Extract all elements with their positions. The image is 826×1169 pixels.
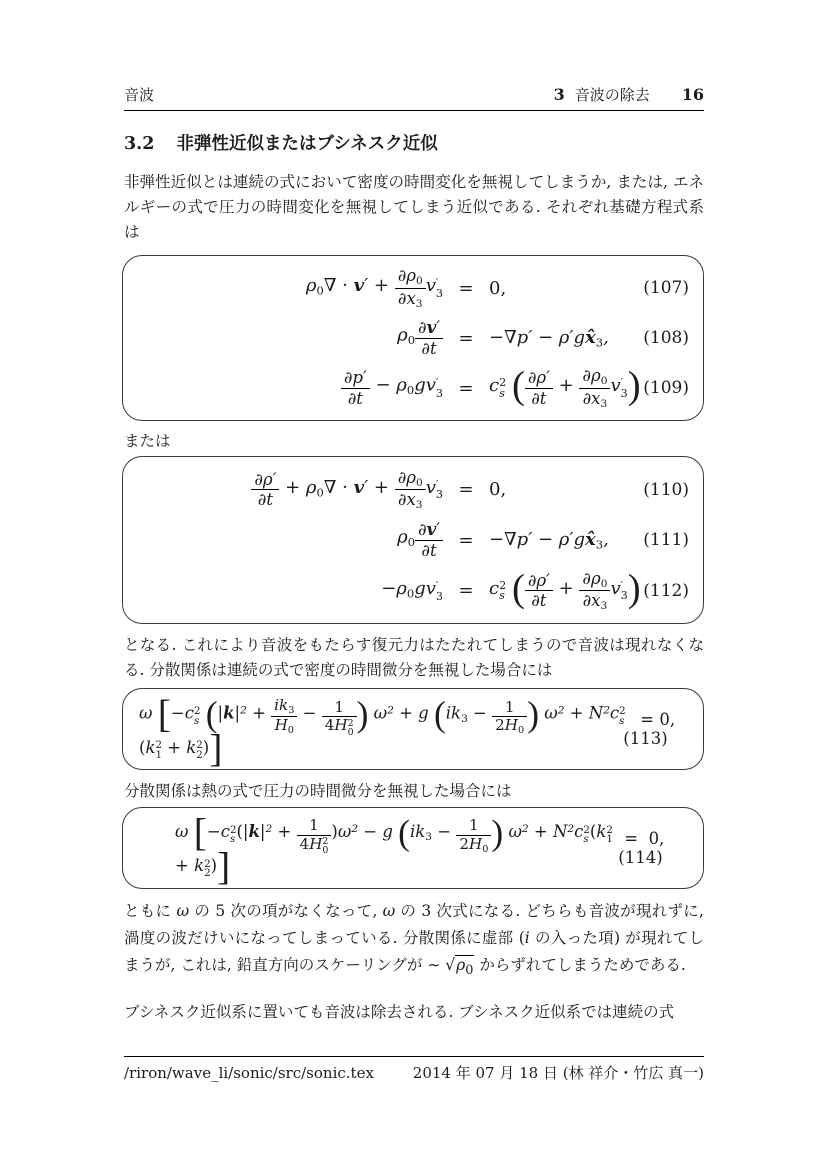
equation-row-111: ρ0∂v′∂t = −∇p′ − ρ′gx̂3, (111) bbox=[123, 516, 703, 564]
equation-row-110: ∂ρ′∂t + ρ0∇ · v′ + ∂ρ0∂x3v′3 = 0, (110) bbox=[123, 466, 703, 514]
equation-row-107: ρ0∇ · v′ + ∂ρ0∂x3v′3 = 0, (107) bbox=[123, 264, 703, 312]
equation-number: (112) bbox=[643, 581, 689, 601]
header-running-title: 音波 bbox=[124, 84, 154, 105]
equation-box-anelastic: ρ0∇ · v′ + ∂ρ0∂x3v′3 = 0, (107) ρ0∂v′∂t … bbox=[122, 255, 704, 421]
equation-lhs: ρ0∂v′∂t bbox=[123, 318, 443, 357]
header-right-group: 3 音波の除去 16 bbox=[554, 84, 704, 105]
section-heading: 3.2 非弾性近似またはブシネスク近似 bbox=[124, 130, 438, 155]
paragraph-or: または bbox=[124, 429, 704, 454]
paragraph-omega-discussion: ともに ω の 5 次の項がなくなって, ω の 3 次式になる. どちらも音波… bbox=[124, 898, 704, 984]
equation-body: ω [−c2s(|k|2 + 14H20)ω2 − g (ik3 − 12H0)… bbox=[175, 817, 624, 879]
equals-sign: = bbox=[443, 479, 489, 500]
equation-rhs: −∇p′ − ρ′gx̂3, bbox=[489, 327, 641, 349]
equation-row-108: ρ0∂v′∂t = −∇p′ − ρ′gx̂3, (108) bbox=[123, 314, 703, 362]
equation-box-dispersion-113: ω [−c2s (|k|2 + ik3H0 − 14H20) ω2 + g (i… bbox=[122, 688, 704, 770]
footer-file-path: /riron/wave_li/sonic/src/sonic.tex bbox=[124, 1064, 374, 1082]
header-section-title: 音波の除去 bbox=[575, 84, 650, 105]
equation-lhs: ∂ρ′∂t + ρ0∇ · v′ + ∂ρ0∂x3v′3 bbox=[123, 468, 443, 512]
equation-number: (109) bbox=[643, 378, 689, 398]
equation-lhs: ρ0∇ · v′ + ∂ρ0∂x3v′3 bbox=[123, 266, 443, 310]
equation-number: (110) bbox=[643, 480, 689, 500]
paragraph-boussinesq: ブシネスク近似系に置いても音波は除去される. ブシネスク近似系では連続の式 bbox=[124, 1000, 704, 1025]
equation-row-109: ∂p′∂t − ρ0gv′3 = c2s (∂ρ′∂t + ∂ρ0∂x3v′3)… bbox=[123, 364, 703, 412]
section-title: 非弾性近似またはブシネスク近似 bbox=[176, 130, 437, 155]
equals-sign: = bbox=[443, 530, 489, 551]
paragraph-intro: 非弾性近似とは連続の式において密度の時間変化を無視してしまうか, または, エネ… bbox=[124, 170, 704, 245]
document-page: 音波 3 音波の除去 16 3.2 非弾性近似またはブシネスク近似 非弾性近似と… bbox=[0, 0, 826, 1169]
paragraph-dispersion-heat: 分散関係は熱の式で圧力の時間微分を無視した場合には bbox=[124, 779, 704, 804]
section-number: 3.2 bbox=[124, 134, 154, 154]
equation-tail: = 0,(114) bbox=[624, 829, 695, 867]
equals-sign: = bbox=[443, 378, 489, 399]
equation-lhs: ρ0∂v′∂t bbox=[123, 520, 443, 559]
paragraph-dispersion-continuity: となる. これにより音波をもたらす復元力はたたれてしまうので音波は現れなくなる.… bbox=[124, 633, 704, 683]
equals-sign: = bbox=[443, 328, 489, 349]
footer-date-authors: 2014 年 07 月 18 日 (林 祥介・竹広 真一) bbox=[413, 1062, 704, 1083]
equation-rhs: c2s (∂ρ′∂t + ∂ρ0∂x3v′3) bbox=[489, 569, 641, 613]
equation-body: ω [−c2s (|k|2 + ik3H0 − 14H20) ω2 + g (i… bbox=[139, 697, 640, 761]
equation-tail: = 0,(113) bbox=[640, 710, 695, 748]
page-number: 16 bbox=[682, 85, 704, 104]
equation-rhs: c2s (∂ρ′∂t + ∂ρ0∂x3v′3) bbox=[489, 366, 641, 410]
equation-row-114: ω [−c2s(|k|2 + 14H20)ω2 − g (ik3 − 12H0)… bbox=[123, 814, 703, 882]
equation-rhs: −∇p′ − ρ′gx̂3, bbox=[489, 529, 641, 551]
equation-rhs: 0, bbox=[489, 479, 641, 500]
equation-lhs: −ρ0gv′3 bbox=[123, 578, 443, 602]
equation-box-anelastic-alt: ∂ρ′∂t + ρ0∇ · v′ + ∂ρ0∂x3v′3 = 0, (110) … bbox=[122, 456, 704, 624]
equation-number: (108) bbox=[643, 328, 689, 348]
page-header: 音波 3 音波の除去 16 bbox=[124, 84, 704, 105]
header-section-number: 3 bbox=[554, 85, 565, 104]
footer-rule bbox=[124, 1056, 704, 1057]
equals-sign: = bbox=[443, 580, 489, 601]
equation-row-112: −ρ0gv′3 = c2s (∂ρ′∂t + ∂ρ0∂x3v′3) (112) bbox=[123, 567, 703, 615]
equation-number: (107) bbox=[643, 278, 689, 298]
equation-rhs: 0, bbox=[489, 278, 641, 299]
equation-box-dispersion-114: ω [−c2s(|k|2 + 14H20)ω2 − g (ik3 − 12H0)… bbox=[122, 807, 704, 889]
equation-lhs: ∂p′∂t − ρ0gv′3 bbox=[123, 368, 443, 407]
header-rule bbox=[124, 110, 704, 111]
equals-sign: = bbox=[443, 278, 489, 299]
equation-row-113: ω [−c2s (|k|2 + ik3H0 − 14H20) ω2 + g (i… bbox=[123, 695, 703, 763]
equation-number: (111) bbox=[643, 530, 689, 550]
page-footer: /riron/wave_li/sonic/src/sonic.tex 2014 … bbox=[124, 1062, 704, 1083]
